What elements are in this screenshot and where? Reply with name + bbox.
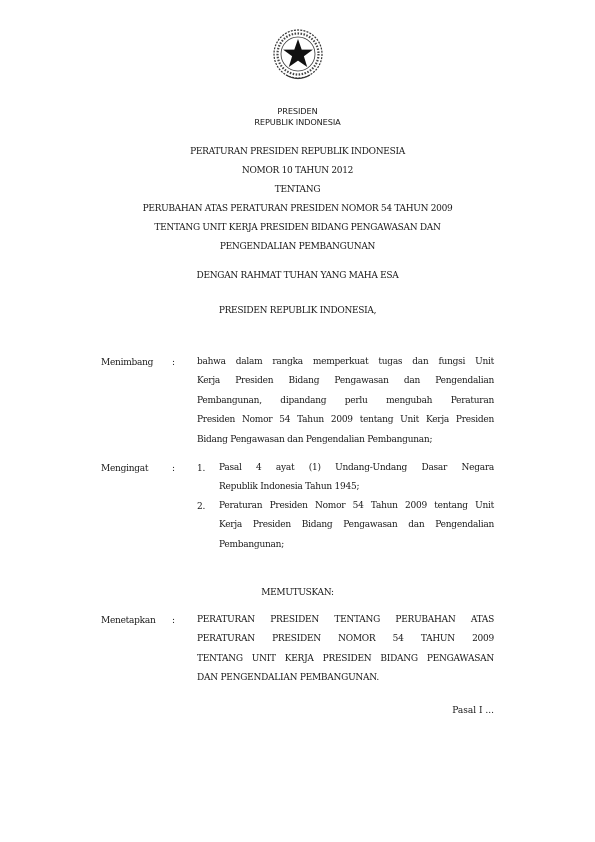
blessing-line: DENGAN RAHMAT TUHAN YANG MAHA ESA — [0, 271, 595, 281]
menimbang-text: bahwa dalam rangka memperkuat tugas dan … — [197, 353, 494, 450]
mengingat-label: Mengingat — [101, 464, 148, 474]
regulation-subject-1: PERUBAHAN ATAS PERATURAN PRESIDEN NOMOR … — [0, 204, 595, 214]
decision-heading: MEMUTUSKAN: — [0, 588, 595, 598]
regulation-number: NOMOR 10 TAHUN 2012 — [0, 166, 595, 176]
menetapkan-colon: : — [172, 616, 175, 626]
menetapkan-line: PERATURAN PRESIDEN TENTANG PERUBAHAN ATA… — [197, 611, 494, 630]
menetapkan-text: PERATURAN PRESIDEN TENTANG PERUBAHAN ATA… — [197, 611, 494, 689]
menimbang-line: Kerja Presiden Bidang Pengawasan dan Pen… — [197, 372, 494, 391]
issuer-line: PRESIDEN REPUBLIK INDONESIA, — [0, 306, 595, 316]
mengingat-item-1: Pasal 4 ayat (1) Undang-Undang Dasar Neg… — [219, 459, 494, 498]
menetapkan-label: Menetapkan — [101, 616, 156, 626]
mengingat-item-line: Republik Indonesia Tahun 1945; — [219, 478, 494, 497]
garuda-star-emblem-icon — [272, 28, 324, 84]
mengingat-item-line: Kerja Presiden Bidang Pengawasan dan Pen… — [219, 516, 494, 535]
regulation-about: TENTANG — [0, 185, 595, 195]
menetapkan-line: TENTANG UNIT KERJA PRESIDEN BIDANG PENGA… — [197, 650, 494, 669]
menimbang-label: Menimbang — [101, 358, 153, 368]
menetapkan-line: DAN PENGENDALIAN PEMBANGUNAN. — [197, 669, 494, 688]
mengingat-item-line: Pembangunan; — [219, 536, 494, 555]
menimbang-line: Pembangunan, dipandang perlu mengubah Pe… — [197, 392, 494, 411]
regulation-subject-2: TENTANG UNIT KERJA PRESIDEN BIDANG PENGA… — [0, 223, 595, 233]
mengingat-item-number: 2. — [197, 502, 205, 512]
mengingat-item-line: Peraturan Presiden Nomor 54 Tahun 2009 t… — [219, 497, 494, 516]
regulation-subject-3: PENGENDALIAN PEMBANGUNAN — [0, 242, 595, 252]
menimbang-line: Bidang Pengawasan dan Pengendalian Pemba… — [197, 431, 494, 450]
menetapkan-line: PERATURAN PRESIDEN NOMOR 54 TAHUN 2009 — [197, 630, 494, 649]
institution-line-1: PRESIDEN — [0, 106, 595, 116]
mengingat-item-number: 1. — [197, 464, 205, 474]
mengingat-colon: : — [172, 464, 175, 474]
menimbang-line: bahwa dalam rangka memperkuat tugas dan … — [197, 353, 494, 372]
menimbang-colon: : — [172, 358, 175, 368]
regulation-title: PERATURAN PRESIDEN REPUBLIK INDONESIA — [0, 147, 595, 157]
continuation-marker: Pasal I ... — [452, 706, 494, 716]
menimbang-line: Presiden Nomor 54 Tahun 2009 tentang Uni… — [197, 411, 494, 430]
mengingat-item-line: Pasal 4 ayat (1) Undang-Undang Dasar Neg… — [219, 459, 494, 478]
institution-line-2: REPUBLIK INDONESIA — [0, 117, 595, 127]
mengingat-item-2: Peraturan Presiden Nomor 54 Tahun 2009 t… — [219, 497, 494, 555]
